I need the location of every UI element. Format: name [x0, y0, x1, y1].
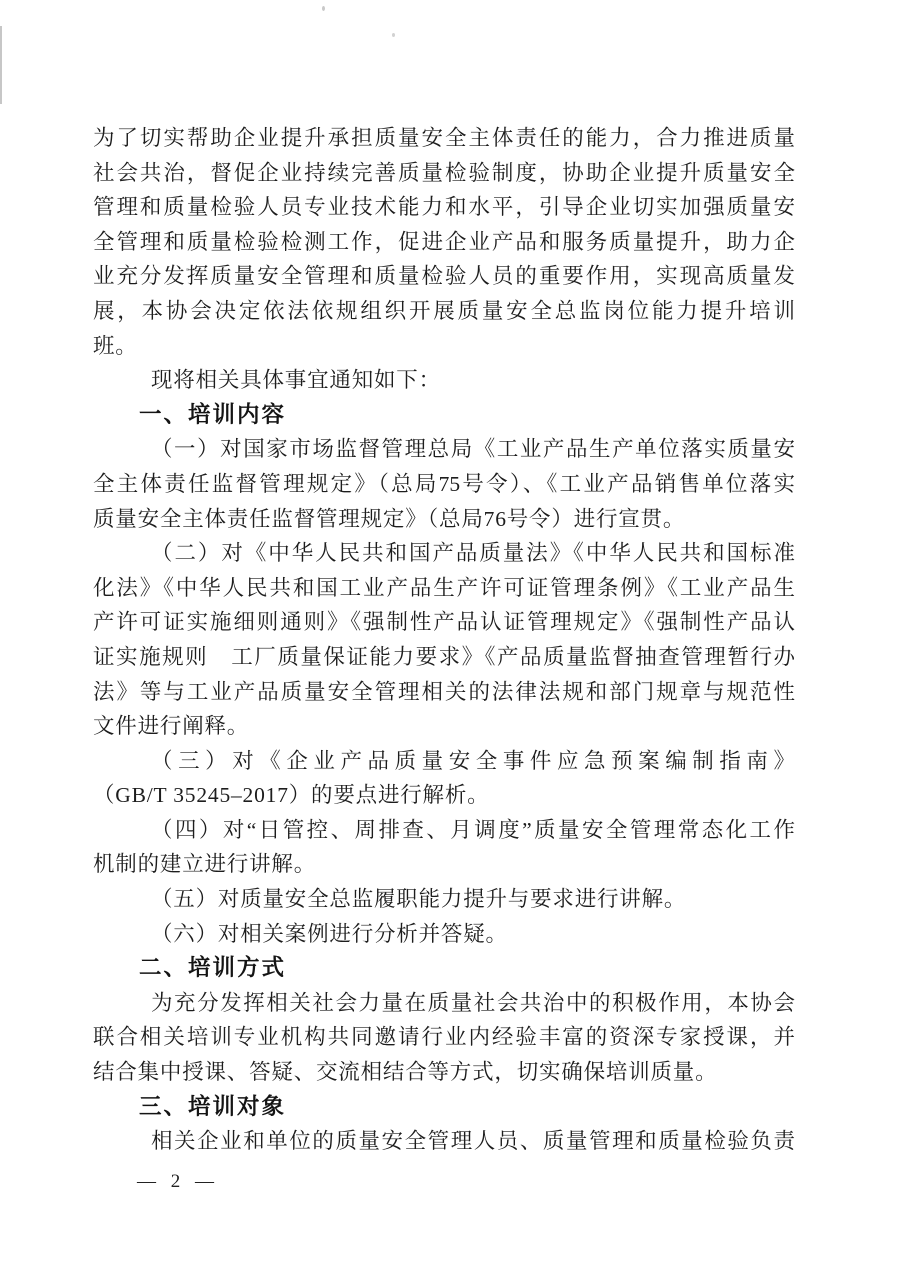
- text-line: 班。: [93, 329, 795, 364]
- text-line: 管理和质量检验人员专业技术能力和水平，引导企业切实加强质量安: [93, 190, 795, 225]
- text-line: 化法》《中华人民共和国工业产品生产许可证管理条例》《工业产品生: [93, 571, 795, 606]
- text-line: 机制的建立进行讲解。: [93, 847, 795, 882]
- text-line: 质量安全主体责任监督管理规定》（总局76号令）进行宣贯。: [93, 502, 795, 537]
- section-heading: 三、培训对象: [93, 1090, 795, 1125]
- text-line: （GB/T 35245–2017）的要点进行解析。: [93, 778, 795, 813]
- scan-artifact-speck: [322, 6, 325, 11]
- scan-artifact-edge: [0, 26, 2, 104]
- text-line: 全管理和质量检验检测工作，促进企业产品和服务质量提升，助力企: [93, 225, 795, 260]
- text-line: 现将相关具体事宜通知如下：: [93, 363, 795, 398]
- text-line: 证实施规则 工厂质量保证能力要求》《产品质量监督抽查管理暂行办: [93, 640, 795, 675]
- text-line: 为充分发挥相关社会力量在质量社会共治中的积极作用，本协会: [93, 986, 795, 1021]
- document-body: 为了切实帮助企业提升承担质量安全主体责任的能力，合力推进质量社会共治，督促企业持…: [93, 121, 795, 1159]
- text-line: （六）对相关案例进行分析并答疑。: [93, 917, 795, 952]
- text-line: （四）对“日管控、周排查、月调度”质量安全管理常态化工作: [93, 813, 795, 848]
- section-heading: 二、培训方式: [93, 951, 795, 986]
- text-line: 文件进行阐释。: [93, 709, 795, 744]
- section-heading: 一、培训内容: [93, 398, 795, 433]
- text-line: 产许可证实施细则通则》《强制性产品认证管理规定》《强制性产品认: [93, 605, 795, 640]
- scan-artifact-speck: [392, 33, 395, 37]
- page-number: — 2 —: [137, 1170, 215, 1194]
- text-line: 法》等与工业产品质量安全管理相关的法律法规和部门规章与规范性: [93, 675, 795, 710]
- text-line: 结合集中授课、答疑、交流相结合等方式，切实确保培训质量。: [93, 1055, 795, 1090]
- text-line: 全主体责任监督管理规定》（总局75号令）、《工业产品销售单位落实: [93, 467, 795, 502]
- text-line: （五）对质量安全总监履职能力提升与要求进行讲解。: [93, 882, 795, 917]
- text-line: （二）对《中华人民共和国产品质量法》《中华人民共和国标准: [93, 536, 795, 571]
- text-line: 相关企业和单位的质量安全管理人员、质量管理和质量检验负责: [93, 1124, 795, 1159]
- text-line: 社会共治，督促企业持续完善质量检验制度，协助企业提升质量安全: [93, 156, 795, 191]
- text-line: 联合相关培训专业机构共同邀请行业内经验丰富的资深专家授课，并: [93, 1020, 795, 1055]
- text-line: 为了切实帮助企业提升承担质量安全主体责任的能力，合力推进质量: [93, 121, 795, 156]
- text-line: 展，本协会决定依法依规组织开展质量安全总监岗位能力提升培训: [93, 294, 795, 329]
- scanned-document-page: 为了切实帮助企业提升承担质量安全主体责任的能力，合力推进质量社会共治，督促企业持…: [0, 0, 900, 1273]
- text-line: （一）对国家市场监督管理总局《工业产品生产单位落实质量安: [93, 432, 795, 467]
- text-line: （三）对《企业产品质量安全事件应急预案编制指南》: [93, 744, 795, 779]
- text-line: 业充分发挥质量安全管理和质量检验人员的重要作用，实现高质量发: [93, 259, 795, 294]
